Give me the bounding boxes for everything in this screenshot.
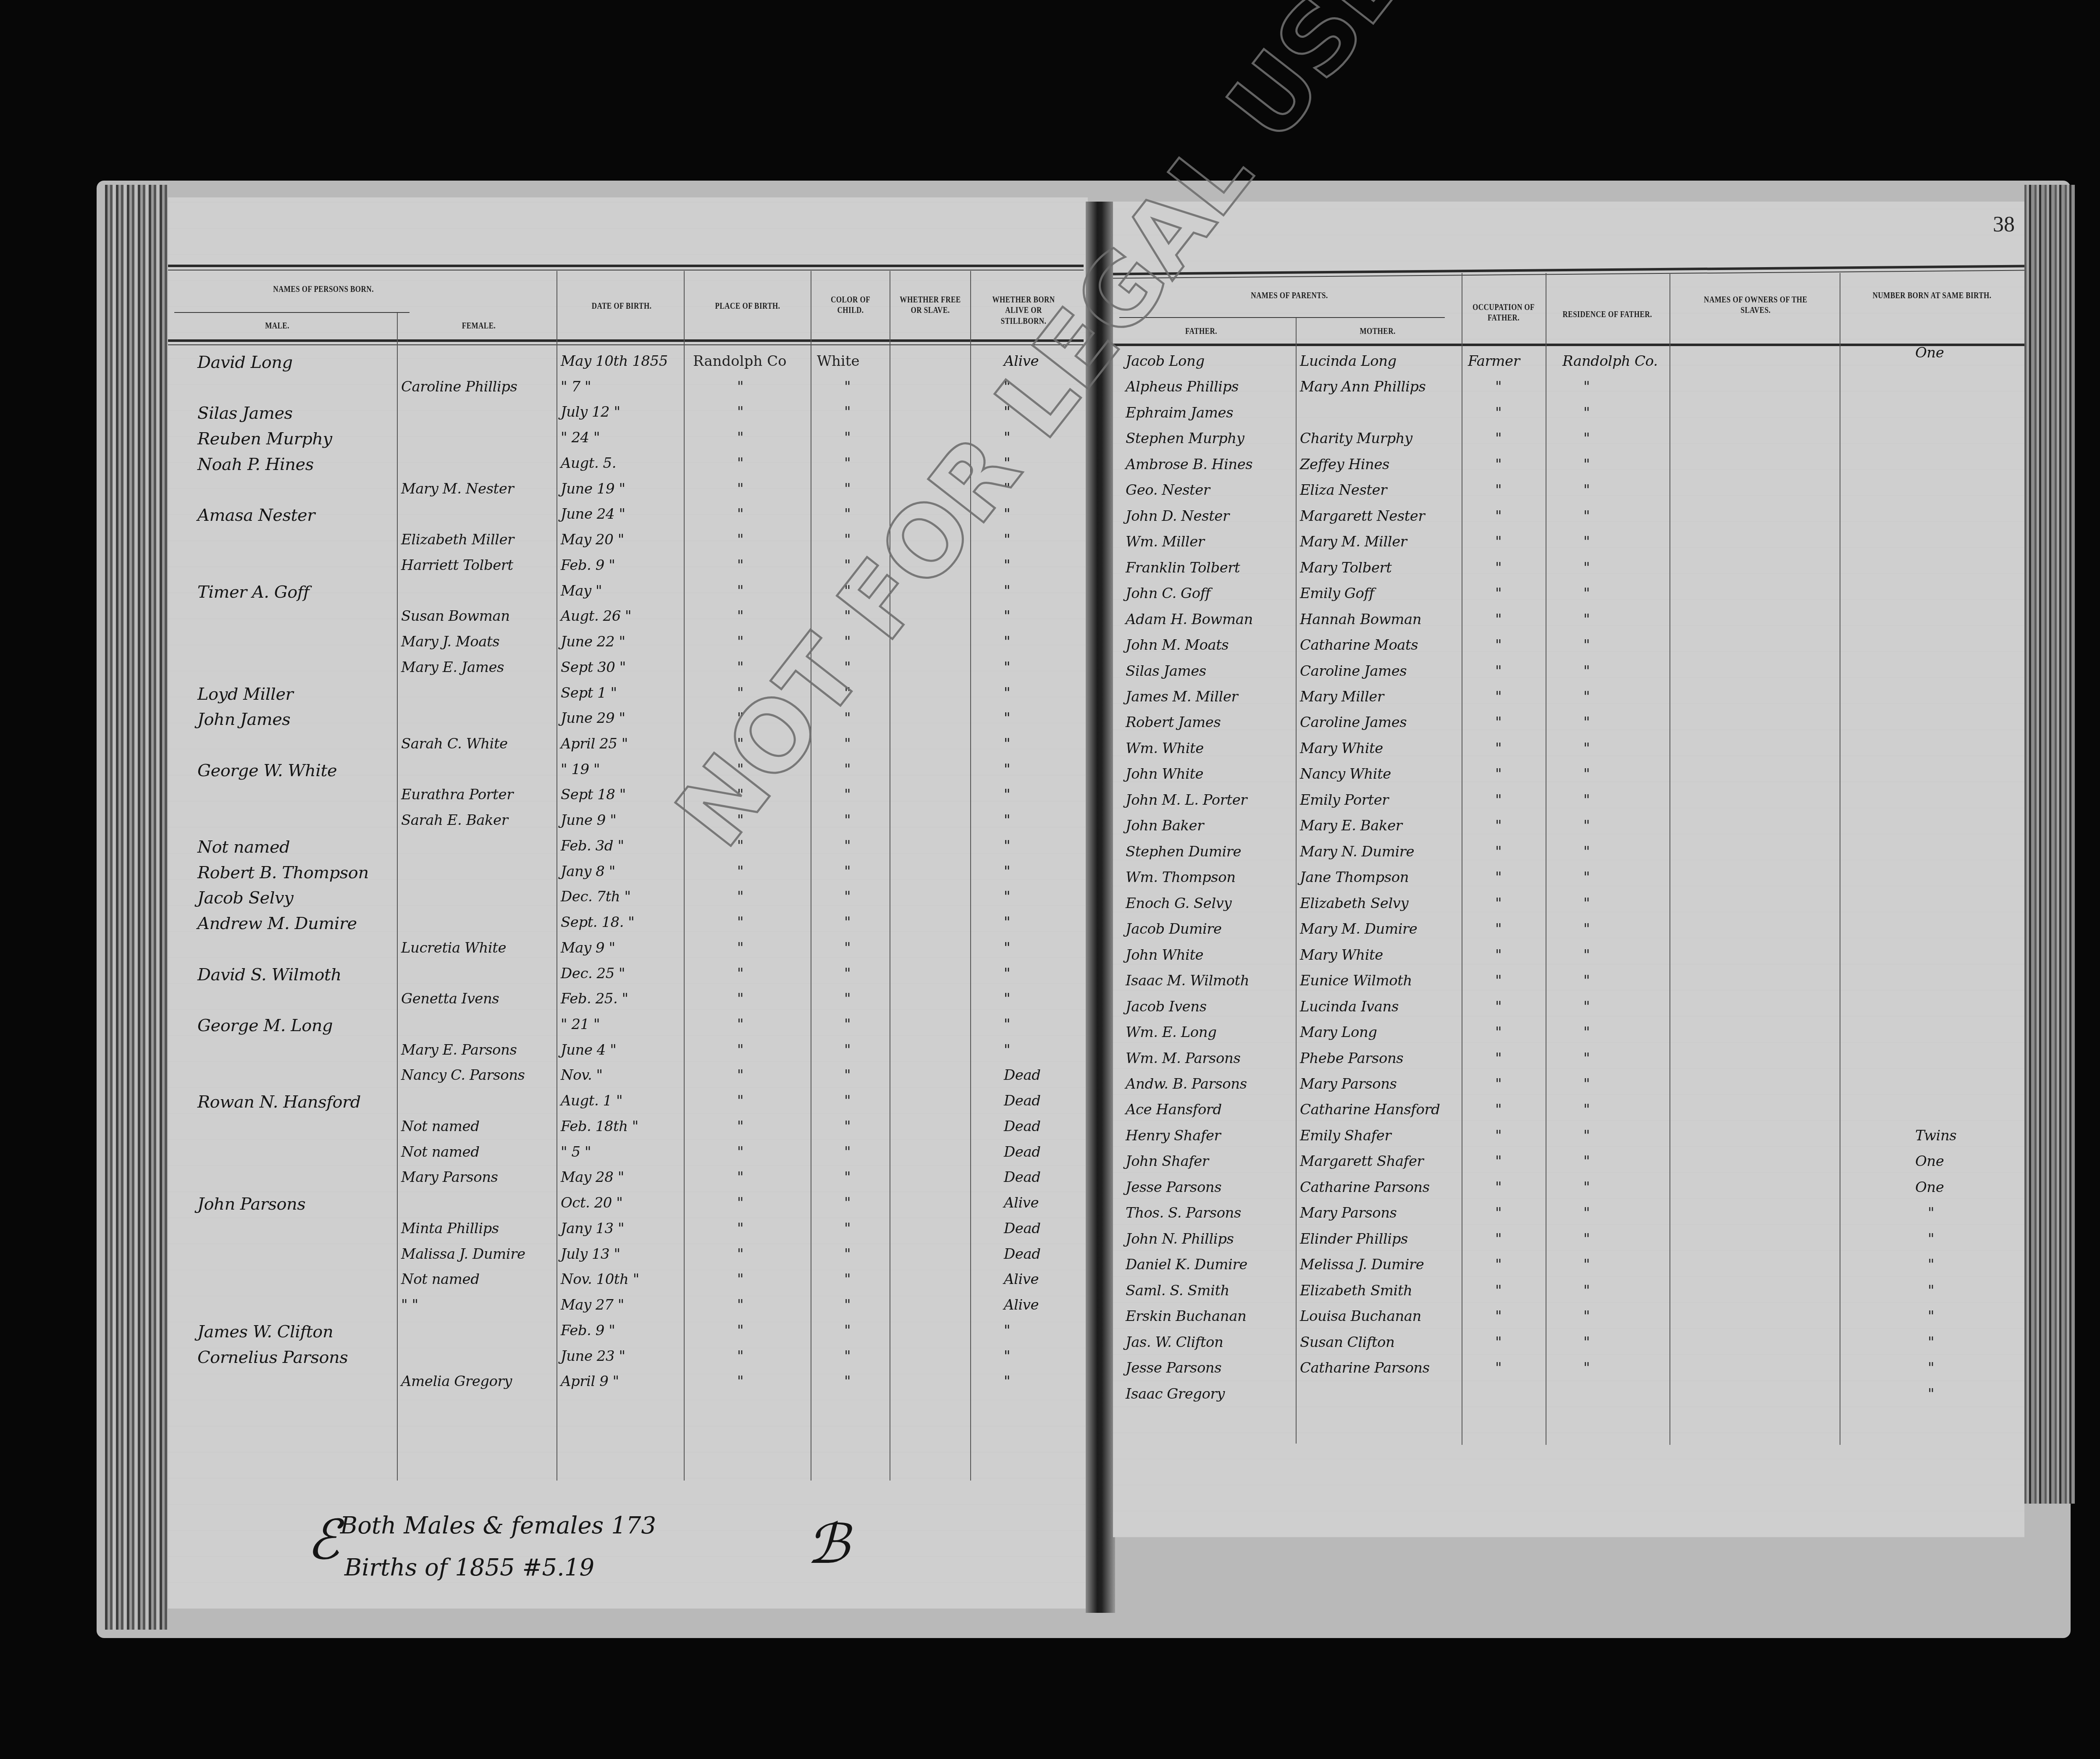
color-of-child: " bbox=[844, 455, 851, 472]
father-occupation: " bbox=[1495, 1024, 1502, 1041]
place-of-birth: " bbox=[737, 378, 744, 395]
father-residence: " bbox=[1583, 1179, 1590, 1196]
date-of-birth: Dec. 7th " bbox=[561, 888, 631, 905]
color-of-child: " bbox=[844, 531, 851, 548]
female-name: Mary J. Moats bbox=[401, 633, 499, 650]
place-of-birth: " bbox=[737, 888, 744, 905]
father-occupation: " bbox=[1495, 482, 1502, 499]
date-of-birth: Feb. 3d " bbox=[561, 837, 624, 854]
names-subheader-rule bbox=[174, 312, 409, 313]
father-occupation: " bbox=[1495, 430, 1502, 447]
alive-or-stillborn: " bbox=[1004, 1348, 1010, 1365]
place-of-birth: " bbox=[737, 1271, 744, 1288]
father-residence: " bbox=[1583, 559, 1590, 576]
color-of-child: " bbox=[844, 1195, 851, 1211]
header-mother: MOTHER. bbox=[1345, 326, 1410, 336]
place-of-birth: " bbox=[737, 1067, 744, 1084]
father-residence: " bbox=[1583, 1050, 1590, 1067]
father-name: John C. Goff bbox=[1126, 585, 1210, 602]
place-of-birth: " bbox=[737, 914, 744, 931]
mother-name: Phebe Parsons bbox=[1300, 1050, 1403, 1067]
father-occupation: " bbox=[1495, 817, 1502, 834]
male-name: Robert B. Thompson bbox=[197, 863, 369, 882]
number-born-same-birth: Twins bbox=[1915, 1127, 1956, 1144]
father-name: John D. Nester bbox=[1126, 508, 1229, 525]
father-name: John White bbox=[1126, 947, 1203, 964]
alive-or-stillborn: " bbox=[1004, 761, 1010, 778]
father-residence: " bbox=[1583, 843, 1590, 860]
alive-or-stillborn: " bbox=[1004, 583, 1010, 599]
color-of-child: " bbox=[844, 914, 851, 931]
date-of-birth: " 7 " bbox=[561, 378, 591, 395]
mother-name: Catharine Parsons bbox=[1300, 1179, 1430, 1196]
color-of-child: " bbox=[844, 1016, 851, 1033]
father-name: James M. Miller bbox=[1126, 688, 1238, 705]
date-of-birth: Sept 1 " bbox=[561, 685, 617, 701]
mother-name: Charity Murphy bbox=[1300, 430, 1412, 447]
father-residence: " bbox=[1583, 1256, 1590, 1273]
date-of-birth: Sept 30 " bbox=[561, 659, 626, 676]
footer-flourish-left: ℰ bbox=[307, 1508, 340, 1572]
father-name: Wm. M. Parsons bbox=[1126, 1050, 1240, 1067]
header-free-or-slave: WHETHER FREE OR SLAVE. bbox=[899, 294, 961, 315]
father-occupation: " bbox=[1495, 508, 1502, 525]
female-name: Harriett Tolbert bbox=[401, 557, 513, 574]
father-occupation: " bbox=[1495, 1050, 1502, 1067]
date-of-birth: " 19 " bbox=[561, 761, 600, 778]
date-of-birth: Feb. 9 " bbox=[561, 557, 615, 574]
mother-name: Catharine Hansford bbox=[1300, 1101, 1440, 1118]
number-born-same-birth: " bbox=[1928, 1282, 1935, 1299]
header-top-rule-thin bbox=[168, 270, 1084, 270]
female-name: Susan Bowman bbox=[401, 608, 510, 625]
father-name: Jacob Ivens bbox=[1126, 998, 1207, 1015]
mother-name: Eliza Nester bbox=[1300, 482, 1387, 499]
father-occupation: " bbox=[1495, 1205, 1502, 1221]
father-name: Jesse Parsons bbox=[1126, 1179, 1221, 1196]
color-of-child: " bbox=[844, 1092, 851, 1109]
father-name: Andw. B. Parsons bbox=[1126, 1076, 1247, 1092]
father-residence: " bbox=[1583, 482, 1590, 499]
color-of-child: " bbox=[844, 1246, 851, 1263]
alive-or-stillborn: " bbox=[1004, 1042, 1010, 1058]
mother-name: Margarett Shafer bbox=[1300, 1153, 1423, 1170]
date-of-birth: " 24 " bbox=[561, 429, 600, 446]
father-name: Wm. Miller bbox=[1126, 533, 1205, 550]
father-name: Wm. Thompson bbox=[1126, 869, 1236, 886]
male-name: John James bbox=[197, 710, 290, 729]
color-of-child: " bbox=[844, 965, 851, 982]
color-of-child: " bbox=[844, 888, 851, 905]
color-of-child: " bbox=[844, 1169, 851, 1186]
male-name: Andrew M. Dumire bbox=[197, 914, 357, 933]
place-of-birth: " bbox=[737, 659, 744, 676]
number-born-same-birth: " bbox=[1928, 1360, 1935, 1376]
color-of-child: " bbox=[844, 1042, 851, 1058]
female-name: Mary E. Parsons bbox=[401, 1042, 517, 1058]
female-name: Caroline Phillips bbox=[401, 378, 517, 395]
place-of-birth: " bbox=[737, 531, 744, 548]
father-name: Alpheus Phillips bbox=[1126, 378, 1239, 395]
father-residence: " bbox=[1583, 1024, 1590, 1041]
female-name: Mary E. James bbox=[401, 659, 504, 676]
header-color-of-child: COLOR OF CHILD. bbox=[821, 294, 880, 315]
place-of-birth: " bbox=[737, 990, 744, 1007]
father-residence: " bbox=[1583, 585, 1590, 602]
father-occupation: " bbox=[1495, 1256, 1502, 1273]
father-name: John White bbox=[1126, 766, 1203, 782]
alive-or-stillborn: " bbox=[1004, 786, 1010, 803]
color-of-child: " bbox=[844, 786, 851, 803]
date-of-birth: Jany 13 " bbox=[561, 1220, 624, 1237]
father-residence: " bbox=[1583, 714, 1590, 731]
footer-note-line1: Both Males & females 173 bbox=[340, 1512, 656, 1539]
place-of-birth: " bbox=[737, 1092, 744, 1109]
female-name: Minta Phillips bbox=[401, 1220, 499, 1237]
place-of-birth: " bbox=[737, 583, 744, 599]
footer-flourish-right: ℬ bbox=[806, 1512, 849, 1576]
male-name: Amasa Nester bbox=[197, 506, 315, 525]
father-occupation: " bbox=[1495, 843, 1502, 860]
female-name: Mary Parsons bbox=[401, 1169, 498, 1186]
right-page-edges bbox=[2024, 185, 2075, 1504]
date-of-birth: Feb. 9 " bbox=[561, 1322, 615, 1339]
col-divider-male-female bbox=[397, 313, 398, 1481]
color-of-child: " bbox=[844, 990, 851, 1007]
place-of-birth: " bbox=[737, 1195, 744, 1211]
col-divider-color bbox=[811, 271, 811, 1481]
header-residence-of-father: RESIDENCE OF FATHER. bbox=[1560, 309, 1655, 319]
place-of-birth: " bbox=[737, 608, 744, 625]
number-born-same-birth: " bbox=[1928, 1231, 1935, 1247]
male-name: Rowan N. Hansford bbox=[197, 1092, 361, 1112]
alive-or-stillborn: " bbox=[1004, 940, 1010, 956]
mother-name: Mary Ann Phillips bbox=[1300, 378, 1426, 395]
father-occupation: " bbox=[1495, 1179, 1502, 1196]
date-of-birth: April 25 " bbox=[561, 735, 628, 752]
header-place-of-birth: PLACE OF BIRTH. bbox=[702, 300, 793, 311]
alive-or-stillborn: Dead bbox=[1004, 1092, 1040, 1109]
female-name: Elizabeth Miller bbox=[401, 531, 514, 548]
father-name: Geo. Nester bbox=[1126, 482, 1210, 499]
place-of-birth: " bbox=[737, 1373, 744, 1390]
color-of-child: " bbox=[844, 1373, 851, 1390]
father-residence: " bbox=[1583, 869, 1590, 886]
mother-name: Eunice Wilmoth bbox=[1300, 972, 1412, 989]
place-of-birth: " bbox=[737, 940, 744, 956]
date-of-birth: April 9 " bbox=[561, 1373, 619, 1390]
date-of-birth: July 12 " bbox=[561, 404, 620, 420]
father-name: Isaac Gregory bbox=[1126, 1386, 1225, 1402]
date-of-birth: Augt. 26 " bbox=[561, 608, 631, 625]
father-name: Jacob Dumire bbox=[1126, 921, 1222, 937]
father-name: Wm. E. Long bbox=[1126, 1024, 1216, 1041]
mother-name: Margarett Nester bbox=[1300, 508, 1425, 525]
header-names-of-persons-born: NAMES OF PERSONS BORN. bbox=[255, 284, 392, 294]
father-name: Thos. S. Parsons bbox=[1126, 1205, 1241, 1221]
color-of-child: " bbox=[844, 1118, 851, 1135]
color-of-child: " bbox=[844, 404, 851, 420]
father-name: Daniel K. Dumire bbox=[1126, 1256, 1247, 1273]
father-name: Stephen Murphy bbox=[1126, 430, 1244, 447]
place-of-birth: " bbox=[737, 1144, 744, 1160]
date-of-birth: Feb. 25. " bbox=[561, 990, 628, 1007]
date-of-birth: May 10th 1855 bbox=[561, 353, 668, 370]
color-of-child: " bbox=[844, 761, 851, 778]
father-occupation: " bbox=[1495, 1334, 1502, 1351]
mother-name: Lucinda Ivans bbox=[1300, 998, 1399, 1015]
father-occupation: " bbox=[1495, 714, 1502, 731]
father-name: Jesse Parsons bbox=[1126, 1360, 1221, 1376]
female-name: Nancy C. Parsons bbox=[401, 1067, 525, 1084]
alive-or-stillborn: Dead bbox=[1004, 1118, 1040, 1135]
female-name: Sarah C. White bbox=[401, 735, 508, 752]
mother-name: Emily Porter bbox=[1300, 792, 1389, 809]
alive-or-stillborn: " bbox=[1004, 965, 1010, 982]
father-name: Ace Hansford bbox=[1126, 1101, 1222, 1118]
father-residence: " bbox=[1583, 611, 1590, 628]
alive-or-stillborn: " bbox=[1004, 531, 1010, 548]
father-name: Wm. White bbox=[1126, 740, 1204, 757]
father-residence: " bbox=[1583, 1282, 1590, 1299]
left-page-edges bbox=[105, 185, 168, 1630]
female-name: Sarah E. Baker bbox=[401, 812, 508, 829]
mother-name: Elinder Phillips bbox=[1300, 1231, 1408, 1247]
father-occupation: Farmer bbox=[1468, 353, 1520, 370]
male-name: Jacob Selvy bbox=[197, 888, 293, 908]
alive-or-stillborn: Alive bbox=[1004, 1195, 1039, 1211]
female-name: Genetta Ivens bbox=[401, 990, 499, 1007]
father-name: John M. Moats bbox=[1126, 637, 1228, 654]
mother-name: Louisa Buchanan bbox=[1300, 1308, 1421, 1325]
male-name: Not named bbox=[197, 837, 290, 857]
female-name: Not named bbox=[401, 1118, 479, 1135]
place-of-birth: " bbox=[737, 1220, 744, 1237]
mother-name: Mary White bbox=[1300, 947, 1383, 964]
place-of-birth: " bbox=[737, 1169, 744, 1186]
female-name: Mary M. Nester bbox=[401, 480, 514, 497]
mother-name: Nancy White bbox=[1300, 766, 1391, 782]
mother-name: Mary White bbox=[1300, 740, 1383, 757]
alive-or-stillborn: " bbox=[1004, 1322, 1010, 1339]
father-residence: " bbox=[1583, 1076, 1590, 1092]
color-of-child: " bbox=[844, 480, 851, 497]
place-of-birth: " bbox=[737, 633, 744, 650]
alive-or-stillborn: " bbox=[1004, 557, 1010, 574]
mother-name: Mary Parsons bbox=[1300, 1205, 1397, 1221]
date-of-birth: May 27 " bbox=[561, 1297, 624, 1313]
father-occupation: " bbox=[1495, 1153, 1502, 1170]
date-of-birth: Nov. " bbox=[561, 1067, 603, 1084]
mother-name: Lucinda Long bbox=[1300, 353, 1396, 370]
father-residence: " bbox=[1583, 1127, 1590, 1144]
mother-name: Zeffey Hines bbox=[1300, 456, 1389, 473]
alive-or-stillborn: " bbox=[1004, 914, 1010, 931]
father-residence: " bbox=[1583, 817, 1590, 834]
number-born-same-birth: " bbox=[1928, 1205, 1935, 1221]
date-of-birth: June 9 " bbox=[561, 812, 616, 829]
father-name: Adam H. Bowman bbox=[1126, 611, 1253, 628]
father-occupation: " bbox=[1495, 404, 1502, 421]
place-of-birth: " bbox=[737, 1246, 744, 1263]
date-of-birth: Dec. 25 " bbox=[561, 965, 625, 982]
father-occupation: " bbox=[1495, 921, 1502, 937]
alive-or-stillborn: " bbox=[1004, 1016, 1010, 1033]
mother-name: Catharine Moats bbox=[1300, 637, 1418, 654]
alive-or-stillborn: " bbox=[1004, 888, 1010, 905]
father-residence: " bbox=[1583, 895, 1590, 912]
alive-or-stillborn: " bbox=[1004, 608, 1010, 625]
place-of-birth: " bbox=[737, 557, 744, 574]
header-bottom-rule bbox=[168, 339, 1084, 342]
mother-name: Caroline James bbox=[1300, 714, 1407, 731]
col-divider-residence bbox=[1546, 273, 1546, 1445]
father-occupation: " bbox=[1495, 559, 1502, 576]
number-born-same-birth: " bbox=[1928, 1334, 1935, 1351]
father-occupation: " bbox=[1495, 456, 1502, 473]
header-female: FEMALE. bbox=[446, 320, 512, 331]
male-name: James W. Clifton bbox=[197, 1322, 333, 1342]
alive-or-stillborn: " bbox=[1004, 735, 1010, 752]
color-of-child: " bbox=[844, 506, 851, 522]
color-of-child: " bbox=[844, 378, 851, 395]
father-residence: " bbox=[1583, 456, 1590, 473]
father-occupation: " bbox=[1495, 998, 1502, 1015]
alive-or-stillborn: Dead bbox=[1004, 1220, 1040, 1237]
col-divider-date bbox=[556, 271, 557, 1481]
number-born-same-birth: One bbox=[1915, 1179, 1944, 1196]
father-residence: " bbox=[1583, 998, 1590, 1015]
date-of-birth: Sept. 18. " bbox=[561, 914, 634, 931]
father-residence: " bbox=[1583, 1153, 1590, 1170]
color-of-child: " bbox=[844, 1348, 851, 1365]
father-name: Stephen Dumire bbox=[1126, 843, 1241, 860]
mother-name: Mary E. Baker bbox=[1300, 817, 1402, 834]
date-of-birth: Oct. 20 " bbox=[561, 1195, 622, 1211]
father-name: Henry Shafer bbox=[1126, 1127, 1221, 1144]
color-of-child: " bbox=[844, 1271, 851, 1288]
color-of-child: " bbox=[844, 837, 851, 854]
date-of-birth: Augt. 1 " bbox=[561, 1092, 622, 1109]
color-of-child: " bbox=[844, 1144, 851, 1160]
right-page bbox=[1113, 202, 2024, 1537]
alive-or-stillborn: Alive bbox=[1004, 1271, 1039, 1288]
father-residence: " bbox=[1583, 1334, 1590, 1351]
date-of-birth: June 23 " bbox=[561, 1348, 625, 1365]
place-of-birth: Randolph Co bbox=[693, 353, 787, 370]
header-names-of-owners: NAMES OF OWNERS OF THE SLAVES. bbox=[1693, 294, 1818, 315]
father-occupation: " bbox=[1495, 792, 1502, 809]
header-bottom-rule-thin bbox=[168, 344, 1084, 345]
father-occupation: " bbox=[1495, 378, 1502, 395]
alive-or-stillborn: Dead bbox=[1004, 1169, 1040, 1186]
father-occupation: " bbox=[1495, 1308, 1502, 1325]
date-of-birth: " 5 " bbox=[561, 1144, 591, 1160]
male-name: George M. Long bbox=[197, 1016, 333, 1035]
father-residence: " bbox=[1583, 740, 1590, 757]
date-of-birth: Nov. 10th " bbox=[561, 1271, 639, 1288]
father-name: Jas. W. Clifton bbox=[1126, 1334, 1223, 1351]
alive-or-stillborn: " bbox=[1004, 685, 1010, 701]
father-residence: " bbox=[1583, 972, 1590, 989]
color-of-child: " bbox=[844, 1067, 851, 1084]
male-name: George W. White bbox=[197, 761, 337, 780]
father-occupation: " bbox=[1495, 740, 1502, 757]
father-name: John Baker bbox=[1126, 817, 1204, 834]
father-residence: " bbox=[1583, 792, 1590, 809]
color-of-child: White bbox=[817, 353, 860, 370]
header-occupation-of-father: OCCUPATION OF FATHER. bbox=[1472, 302, 1536, 323]
mother-name: Elizabeth Selvy bbox=[1300, 895, 1408, 912]
father-residence: " bbox=[1583, 1205, 1590, 1221]
alive-or-stillborn: " bbox=[1004, 812, 1010, 829]
place-of-birth: " bbox=[737, 506, 744, 522]
alive-or-stillborn: Dead bbox=[1004, 1144, 1040, 1160]
alive-or-stillborn: " bbox=[1004, 863, 1010, 880]
alive-or-stillborn: Alive bbox=[1004, 1297, 1039, 1313]
mother-name: Mary M. Dumire bbox=[1300, 921, 1417, 937]
alive-or-stillborn: " bbox=[1004, 633, 1010, 650]
father-residence: " bbox=[1583, 688, 1590, 705]
col-divider-occupation bbox=[1462, 273, 1462, 1445]
footer-note-line2: Births of 1855 #5.19 bbox=[344, 1554, 594, 1581]
male-name: David S. Wilmoth bbox=[197, 965, 341, 985]
col-divider-owners bbox=[1669, 273, 1670, 1445]
alive-or-stillborn: Dead bbox=[1004, 1067, 1040, 1084]
female-name: " " bbox=[401, 1297, 418, 1313]
mother-name: Caroline James bbox=[1300, 663, 1407, 680]
color-of-child: " bbox=[844, 812, 851, 829]
number-born-same-birth: One bbox=[1915, 1153, 1944, 1170]
color-of-child: " bbox=[844, 863, 851, 880]
father-residence: " bbox=[1583, 378, 1590, 395]
father-residence: " bbox=[1583, 947, 1590, 964]
date-of-birth: July 13 " bbox=[561, 1246, 620, 1263]
number-born-same-birth: One bbox=[1915, 344, 1944, 361]
father-name: Silas James bbox=[1126, 663, 1206, 680]
father-residence: " bbox=[1583, 508, 1590, 525]
date-of-birth: June 19 " bbox=[561, 480, 625, 497]
father-occupation: " bbox=[1495, 637, 1502, 654]
father-residence: " bbox=[1583, 1308, 1590, 1325]
color-of-child: " bbox=[844, 940, 851, 956]
male-name: Noah P. Hines bbox=[197, 455, 314, 474]
date-of-birth: June 24 " bbox=[561, 506, 625, 522]
place-of-birth: " bbox=[737, 1348, 744, 1365]
col-divider-father-mother bbox=[1296, 318, 1297, 1444]
father-occupation: " bbox=[1495, 869, 1502, 886]
father-occupation: " bbox=[1495, 611, 1502, 628]
mother-name: Mary Long bbox=[1300, 1024, 1377, 1041]
date-of-birth: June 29 " bbox=[561, 710, 625, 727]
male-name: David Long bbox=[197, 353, 293, 372]
father-name: Franklin Tolbert bbox=[1126, 559, 1240, 576]
father-name: John Shafer bbox=[1126, 1153, 1209, 1170]
father-residence: " bbox=[1583, 637, 1590, 654]
father-name: Erskin Buchanan bbox=[1126, 1308, 1246, 1325]
place-of-birth: " bbox=[737, 1118, 744, 1135]
father-occupation: " bbox=[1495, 1360, 1502, 1376]
female-name: Not named bbox=[401, 1271, 479, 1288]
mother-name: Elizabeth Smith bbox=[1300, 1282, 1412, 1299]
date-of-birth: May 28 " bbox=[561, 1169, 624, 1186]
father-occupation: " bbox=[1495, 688, 1502, 705]
female-name: Malissa J. Dumire bbox=[401, 1246, 525, 1263]
number-born-same-birth: " bbox=[1928, 1386, 1935, 1402]
alive-or-stillborn: " bbox=[1004, 710, 1010, 727]
father-name: Enoch G. Selvy bbox=[1126, 895, 1231, 912]
father-occupation: " bbox=[1495, 947, 1502, 964]
